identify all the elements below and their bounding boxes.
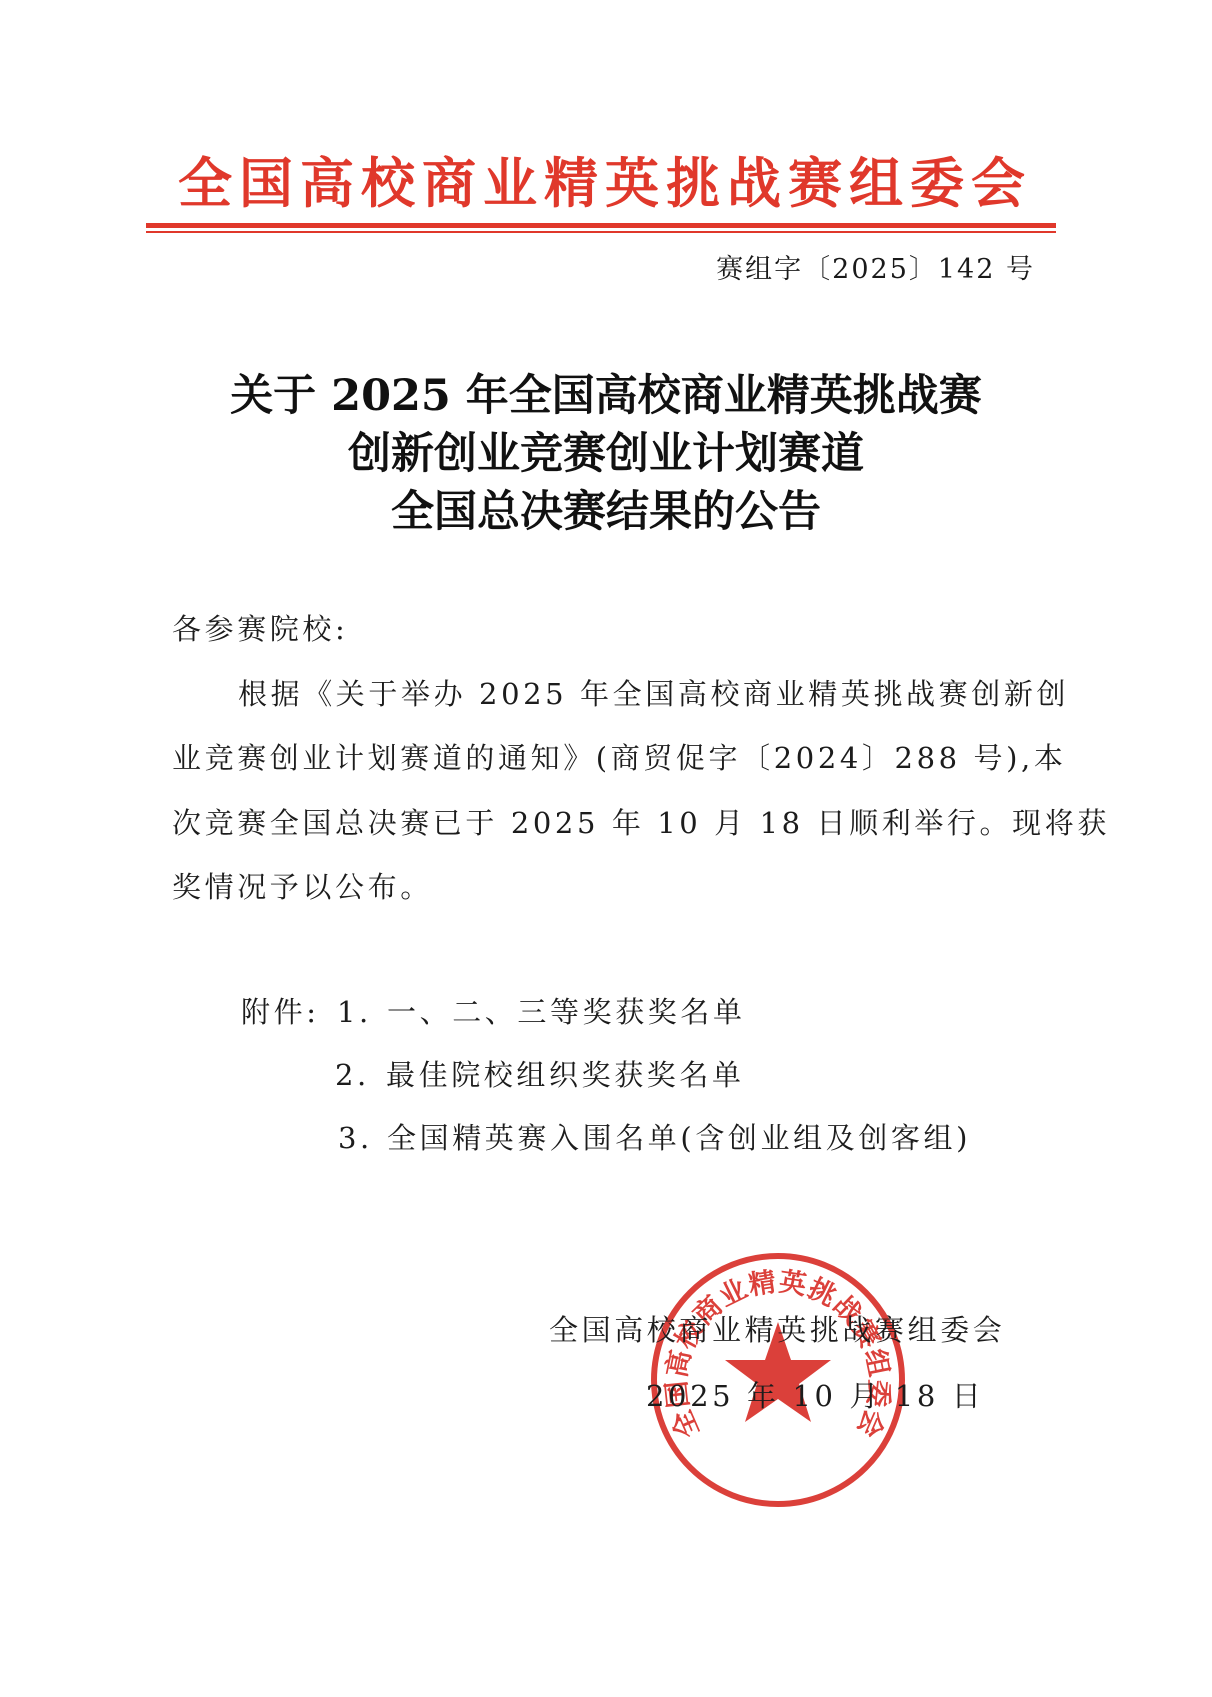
- attachment-item-3[interactable]: 全国精英赛入围名单(含创业组及创客组): [387, 1120, 971, 1156]
- paragraph-line-1: 根据《关于举办 2025 年全国高校商业精英挑战赛创新创: [238, 676, 1069, 712]
- attachment-item-1[interactable]: 一、二、三等奖获奖名单: [387, 994, 746, 1030]
- document-number: 赛组字〔2025〕142 号: [716, 252, 1035, 288]
- salutation: 各参赛院校:: [172, 611, 348, 647]
- title-line-3: 全国总决赛结果的公告: [0, 483, 1212, 541]
- title-line-1: 关于 2025 年全国高校商业精英挑战赛: [0, 367, 1212, 425]
- paragraph-line-2: 业竞赛创业计划赛道的通知》(商贸促字〔2024〕288 号),本: [172, 740, 1066, 776]
- attachment-item-2[interactable]: 最佳院校组织奖获奖名单: [386, 1057, 745, 1093]
- paragraph-line-3: 次竞赛全国总决赛已于 2025 年 10 月 18 日顺利举行。现将获: [172, 805, 1110, 841]
- masthead-org-name: 全国高校商业精英挑战赛组委会: [160, 150, 1050, 216]
- paragraph-line-4: 奖情况予以公布。: [172, 869, 433, 905]
- attachment-number-1: 1.: [337, 994, 372, 1030]
- attachments-label: 附件:: [241, 994, 320, 1030]
- title-line-2: 创新创业竞赛创业计划赛道: [0, 425, 1212, 483]
- masthead-rule-thin: [146, 231, 1056, 233]
- signature-org: 全国高校商业精英挑战赛组委会: [549, 1312, 1005, 1348]
- masthead-rule-thick: [146, 223, 1056, 228]
- signature-date: 2025 年 10 月 18 日: [646, 1378, 984, 1414]
- attachment-number-2: 2.: [335, 1057, 370, 1093]
- document-title: 关于 2025 年全国高校商业精英挑战赛 创新创业竞赛创业计划赛道 全国总决赛结…: [0, 367, 1212, 541]
- attachment-number-3: 3.: [338, 1120, 373, 1156]
